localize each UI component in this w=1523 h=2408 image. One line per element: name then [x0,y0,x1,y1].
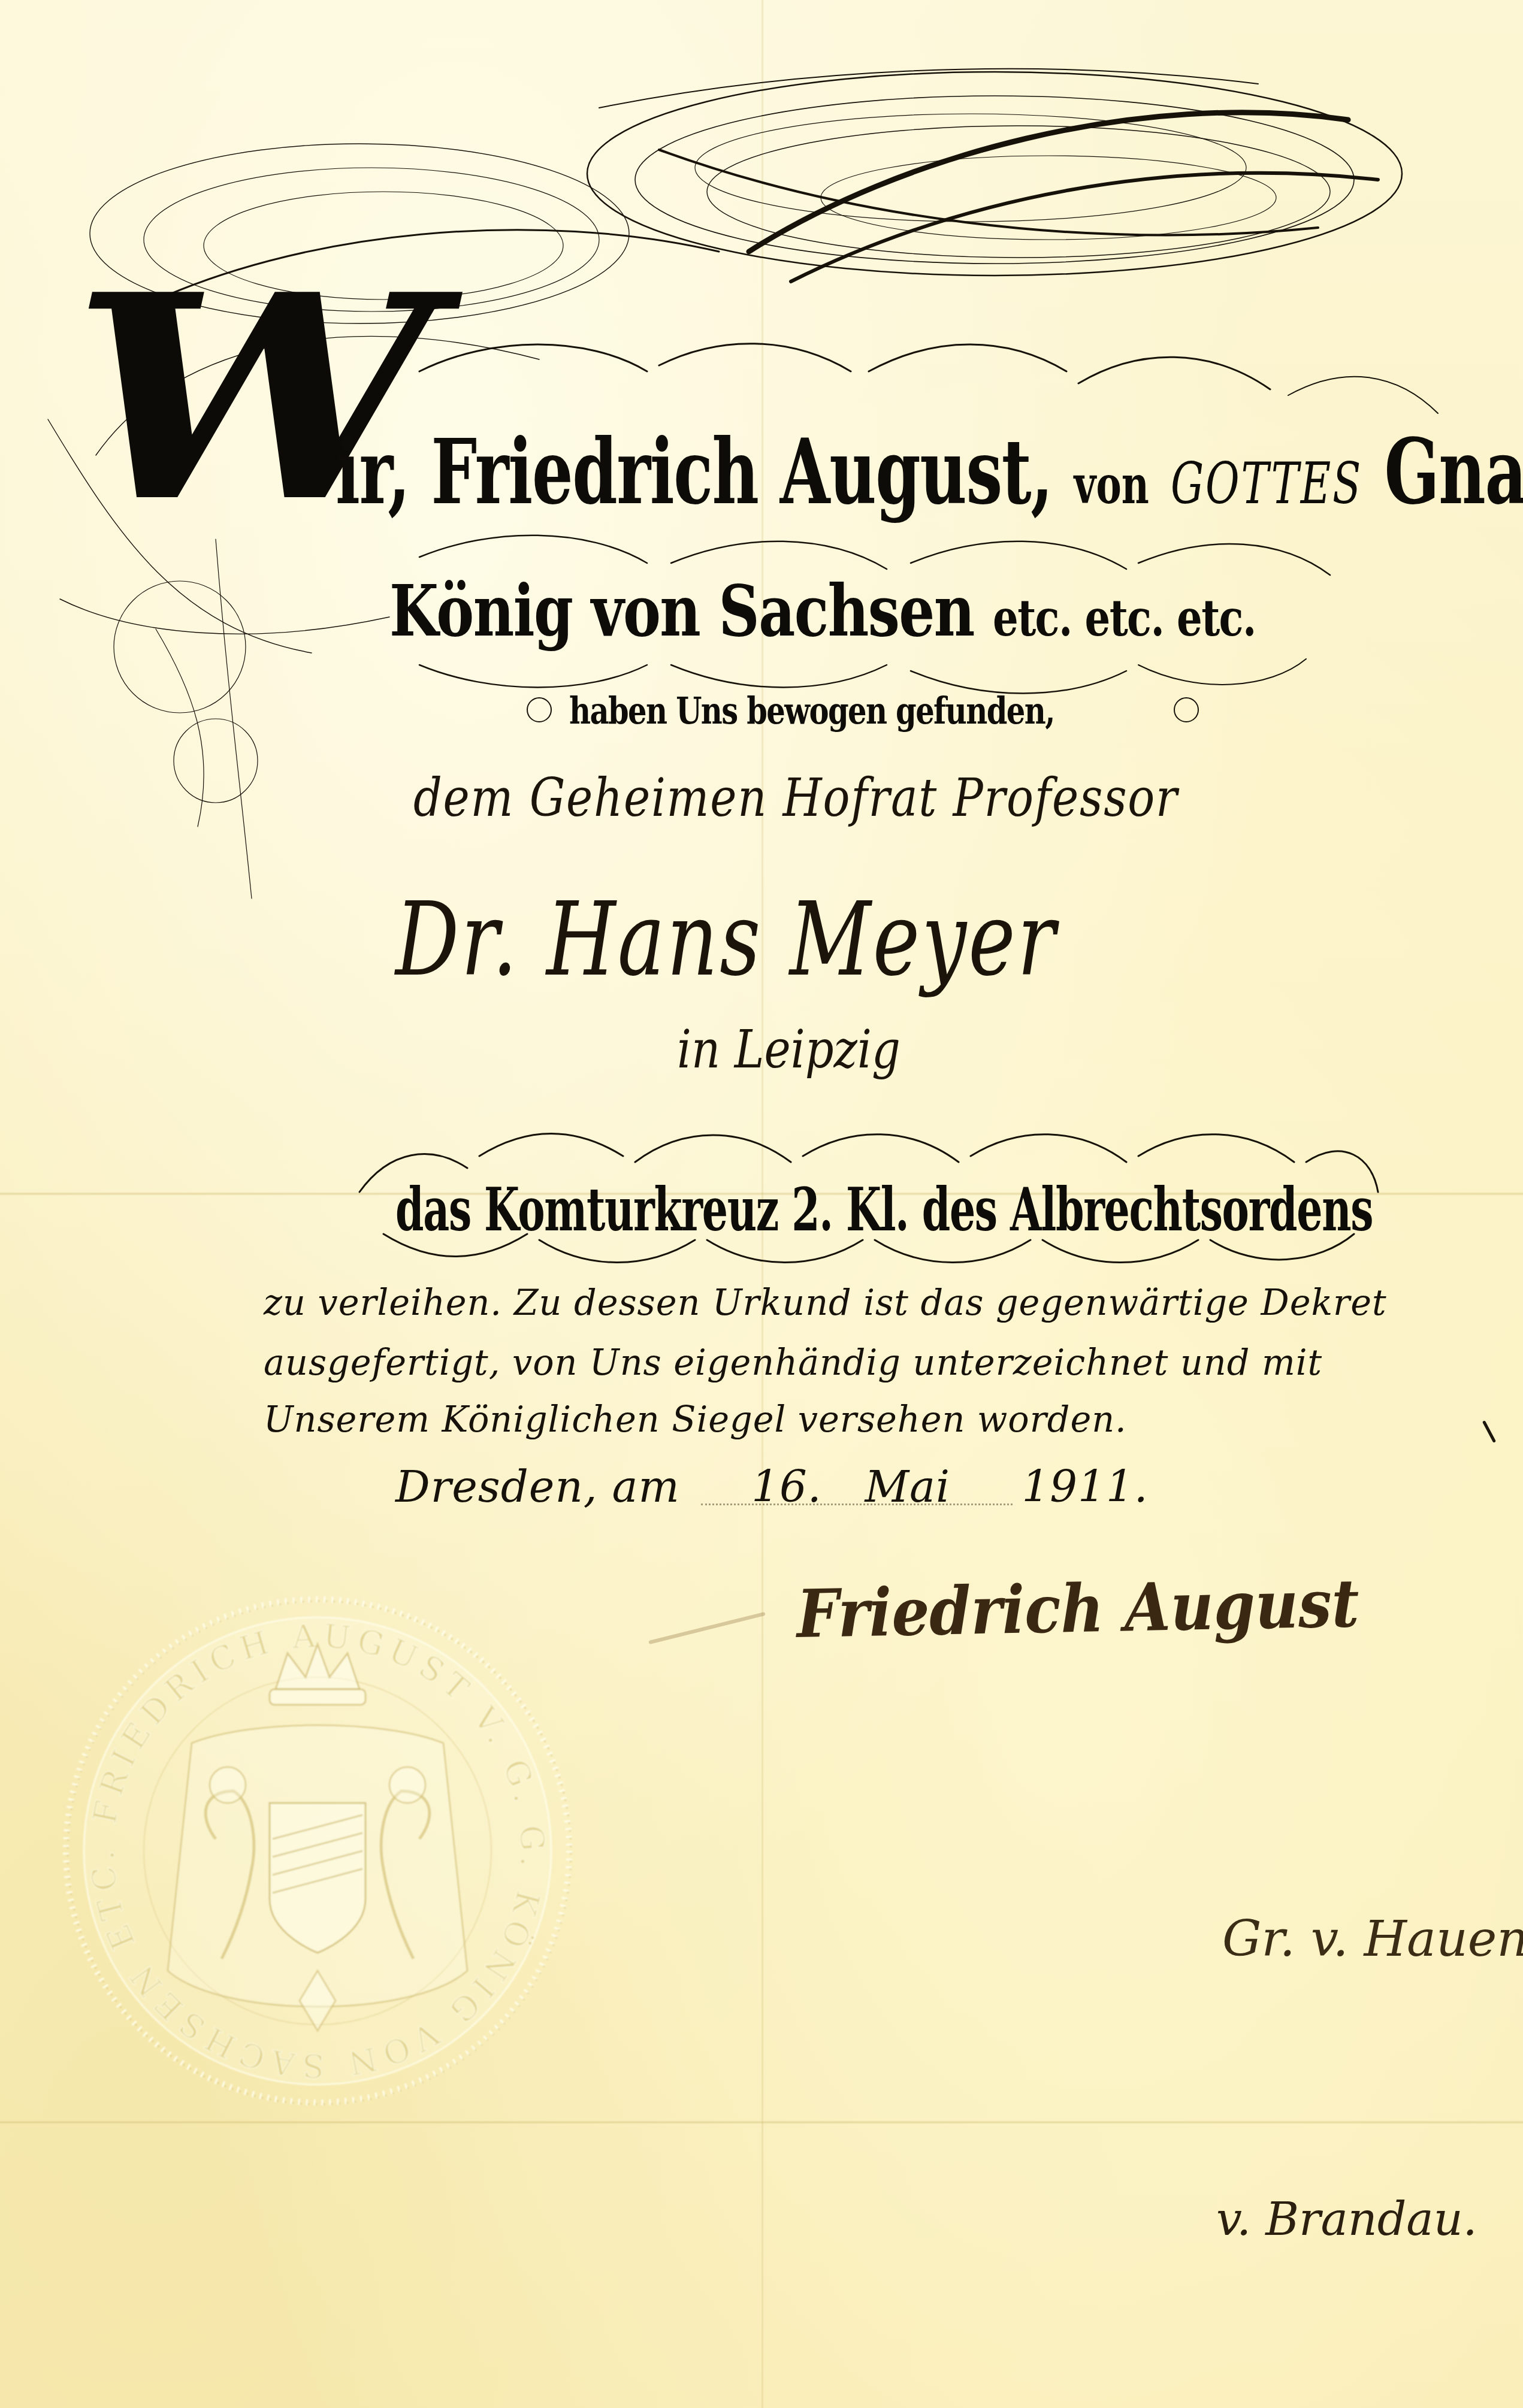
award-line: das Komturkreuz 2. Kl. des Albrechtsorde… [395,1174,1373,1245]
date-dotted-rule [701,1504,1013,1505]
signature-countersign: Gr. v. Hauen. [1222,1911,1523,1968]
header-gnaden: Gnaden [1385,419,1523,525]
header-von: von [1074,453,1149,516]
margin-ink-mark [1482,1420,1496,1443]
signature-secretary: v. Brandau. [1216,2192,1477,2246]
header-royal-title: König von Sachsen [389,569,974,652]
date-place: Dresden, am [395,1462,680,1512]
signature-king: Friedrich August [796,1565,1359,1653]
date-year: 1911. [1022,1462,1149,1512]
header-etc: etc. etc. etc. [993,588,1256,648]
recipient-title: dem Geheimen Hofrat Professor [413,767,1178,828]
body-text-line-2: ausgefertigt, von Uns eigenhändig unterz… [264,1342,1322,1384]
body-text-line-3: Unserem Königlichen Siegel versehen word… [264,1399,1127,1441]
body-text-line-1: zu verleihen. Zu dessen Urkund ist das g… [264,1282,1387,1324]
header-gottes: GOTTES [1171,450,1362,517]
recipient-place: in Leipzig [677,1018,900,1080]
header-line-2: König von Sachsen etc. etc. etc. [389,569,1256,652]
header-line-3: haben Uns bewogen gefunden, [569,689,1054,733]
recipient-name: Dr. Hans Meyer [395,881,1057,999]
header-line-1: ir, Friedrich August, von GOTTES Gnaden [336,419,1523,525]
decree-document: W ir, Friedrich August, von GOTTES Gnade… [0,0,1523,2408]
header-sovereign-name: ir, Friedrich August, [336,419,1052,525]
ink-stain [648,1612,766,1644]
embossed-royal-seal: FRIEDRICH AUGUST V. G. G. KÖNIG VON SACH… [54,1587,581,2114]
